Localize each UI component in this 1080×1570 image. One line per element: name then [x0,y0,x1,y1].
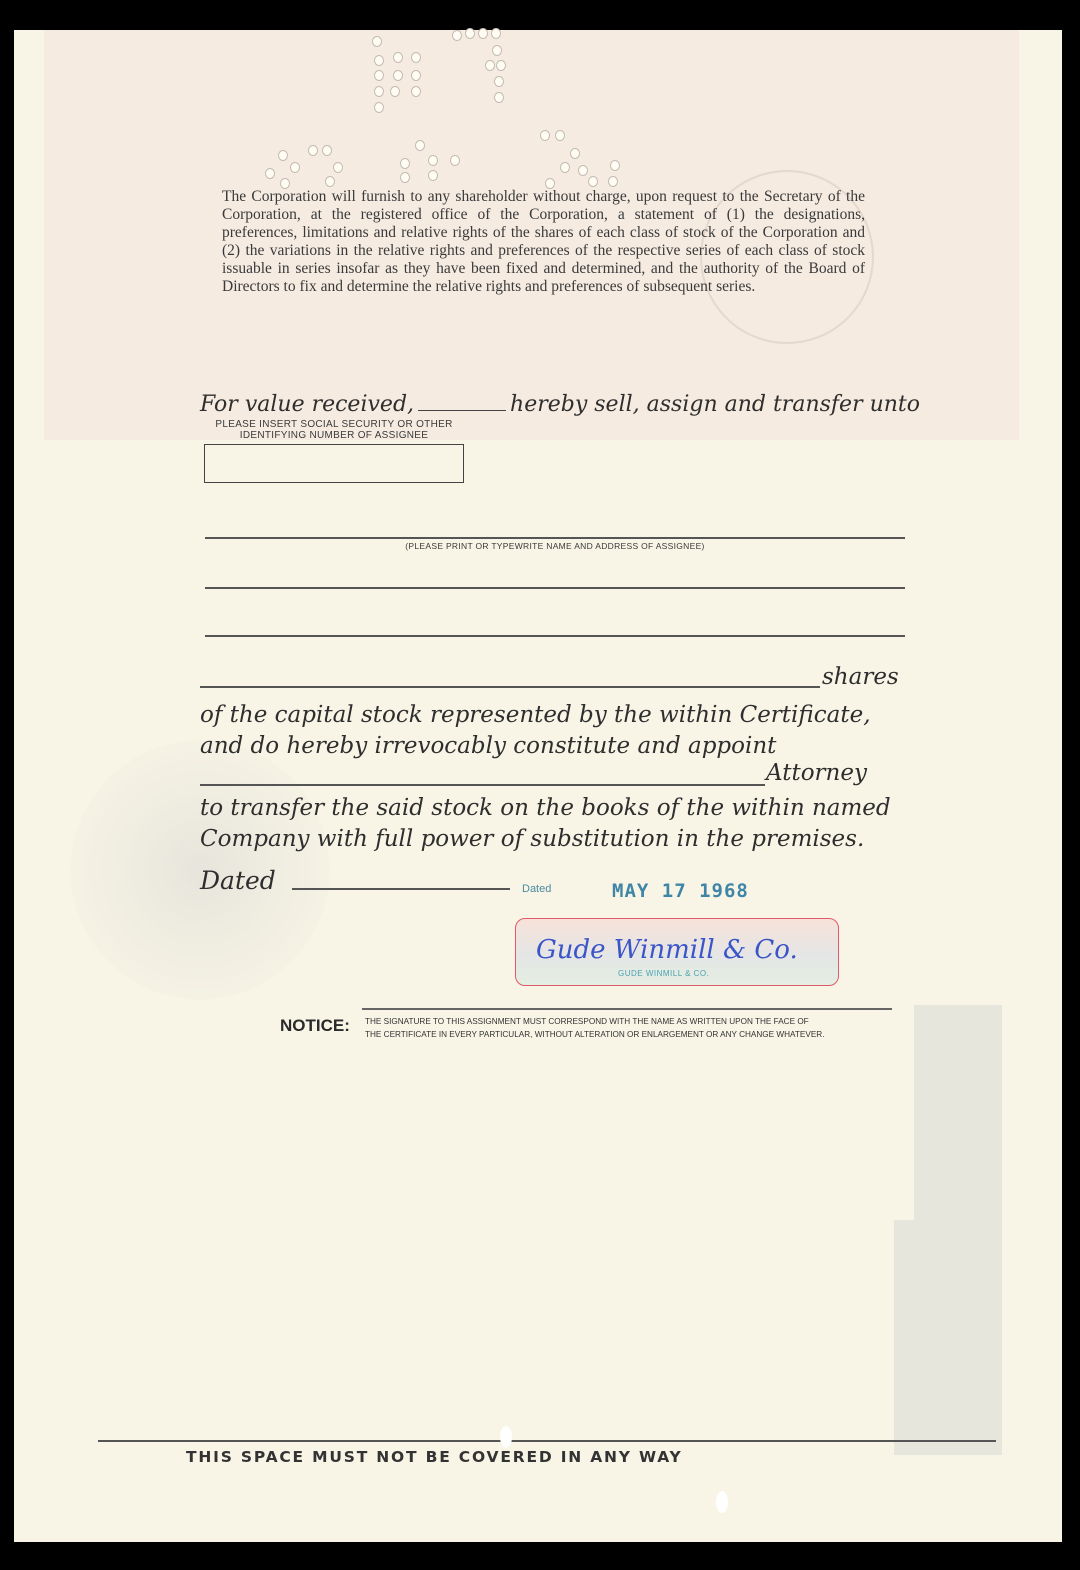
notice-text: THE SIGNATURE TO THIS ASSIGNMENT MUST CO… [365,1015,890,1041]
company-power-line: Company with full power of substitution … [200,826,864,852]
attorney-label: Attorney [766,760,867,786]
stamp-dated-label: Dated [522,883,551,895]
gray-panel-lower [894,1220,914,1455]
date-line[interactable] [292,888,510,890]
blank-line [418,410,506,411]
assignee-ssn-field[interactable] [204,444,464,483]
attorney-name-line[interactable] [200,784,765,786]
rights-disclosure-paragraph: The Corporation will furnish to any shar… [222,188,865,296]
appoint-line: and do hereby irrevocably constitute and… [200,733,776,759]
footer-divider [98,1440,996,1442]
gray-panel [914,1005,1002,1455]
guarantor-firm-name: GUDE WINMILL & CO. [618,969,709,978]
capital-stock-line: of the capital stock represented by the … [200,702,871,728]
ssn-caption: PLEASE INSERT SOCIAL SECURITY OR OTHER I… [200,419,468,441]
notice-line-1: THE SIGNATURE TO THIS ASSIGNMENT MUST CO… [365,1015,890,1028]
for-value-received-text: For value received, [200,392,414,417]
notice-label: NOTICE: [280,1016,350,1036]
footer-warning: THIS SPACE MUST NOT BE COVERED IN ANY WA… [186,1448,683,1466]
signature-guarantee-stamp: Gude Winmill & Co. GUDE WINMILL & CO. [515,918,839,986]
guarantor-signature: Gude Winmill & Co. [536,935,798,965]
signature-line[interactable] [362,1008,892,1010]
shares-count-line[interactable] [200,686,820,688]
ssn-caption-line-2: IDENTIFYING NUMBER OF ASSIGNEE [200,430,468,441]
name-address-caption: (PLEASE PRINT OR TYPEWRITE NAME AND ADDR… [205,541,905,551]
assignee-address-line-2[interactable] [205,635,905,637]
assignee-name-line[interactable] [205,537,905,539]
for-value-received-line: For value received,hereby sell, assign a… [200,392,920,417]
assignee-address-line-1[interactable] [205,587,905,589]
ssn-caption-line-1: PLEASE INSERT SOCIAL SECURITY OR OTHER [200,419,468,430]
punch-hole [716,1491,728,1513]
hereby-sell-text: hereby sell, assign and transfer unto [510,392,920,417]
stamp-date-value: MAY 17 1968 [612,880,749,902]
shares-label: shares [822,664,899,690]
transfer-line: to transfer the said stock on the books … [200,795,891,821]
punch-hole [500,1426,512,1448]
dated-label: Dated [200,866,276,895]
notice-line-2: THE CERTIFICATE IN EVERY PARTICULAR, WIT… [365,1028,890,1041]
